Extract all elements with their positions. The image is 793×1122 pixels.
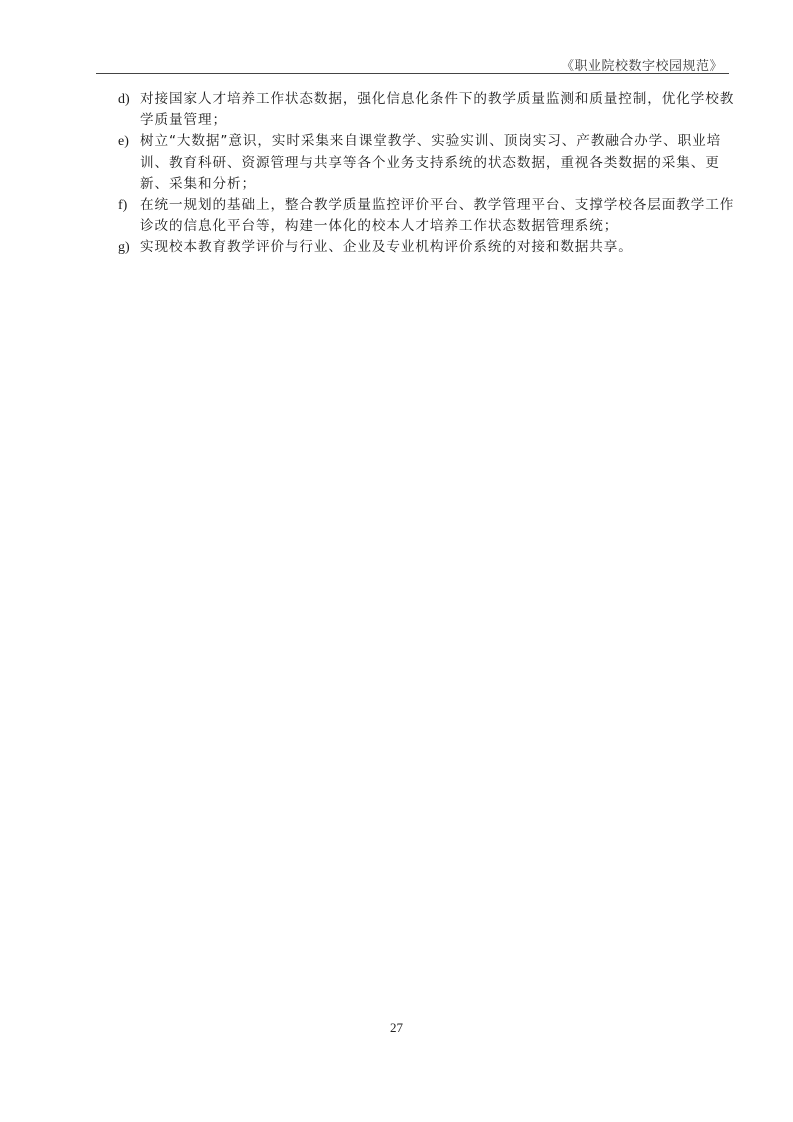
list-marker: g) bbox=[118, 237, 130, 258]
list-marker: d) bbox=[118, 89, 130, 110]
list-item-e: e) 树立“大数据”意识，实时采集来自课堂教学、实验实训、顶岗实习、产教融合办学… bbox=[118, 131, 738, 195]
list-item-text: 对接国家人才培养工作状态数据，强化信息化条件下的教学质量监测和质量控制，优化学校… bbox=[140, 91, 734, 128]
list-item-d: d) 对接国家人才培养工作状态数据，强化信息化条件下的教学质量监测和质量控制，优… bbox=[118, 89, 738, 131]
page-number: 27 bbox=[0, 1020, 793, 1036]
list-item-text: 在统一规划的基础上，整合教学质量监控评价平台、教学管理平台、支撑学校各层面教学工… bbox=[140, 197, 734, 234]
list-item-f: f) 在统一规划的基础上，整合教学质量监控评价平台、教学管理平台、支撑学校各层面… bbox=[118, 195, 738, 237]
list-item-g: g) 实现校本教育教学评价与行业、企业及专业机构评价系统的对接和数据共享。 bbox=[118, 237, 738, 258]
list-item-text: 实现校本教育教学评价与行业、企业及专业机构评价系统的对接和数据共享。 bbox=[140, 239, 633, 255]
header-divider bbox=[96, 73, 729, 74]
list-marker: e) bbox=[118, 131, 129, 152]
list-content: d) 对接国家人才培养工作状态数据，强化信息化条件下的教学质量监测和质量控制，优… bbox=[118, 89, 738, 259]
list-marker: f) bbox=[118, 195, 127, 216]
document-header-title: 《职业院校数字校园规范》 bbox=[561, 55, 723, 74]
list-item-text: 树立“大数据”意识，实时采集来自课堂教学、实验实训、顶岗实习、产教融合办学、职业… bbox=[140, 133, 721, 191]
